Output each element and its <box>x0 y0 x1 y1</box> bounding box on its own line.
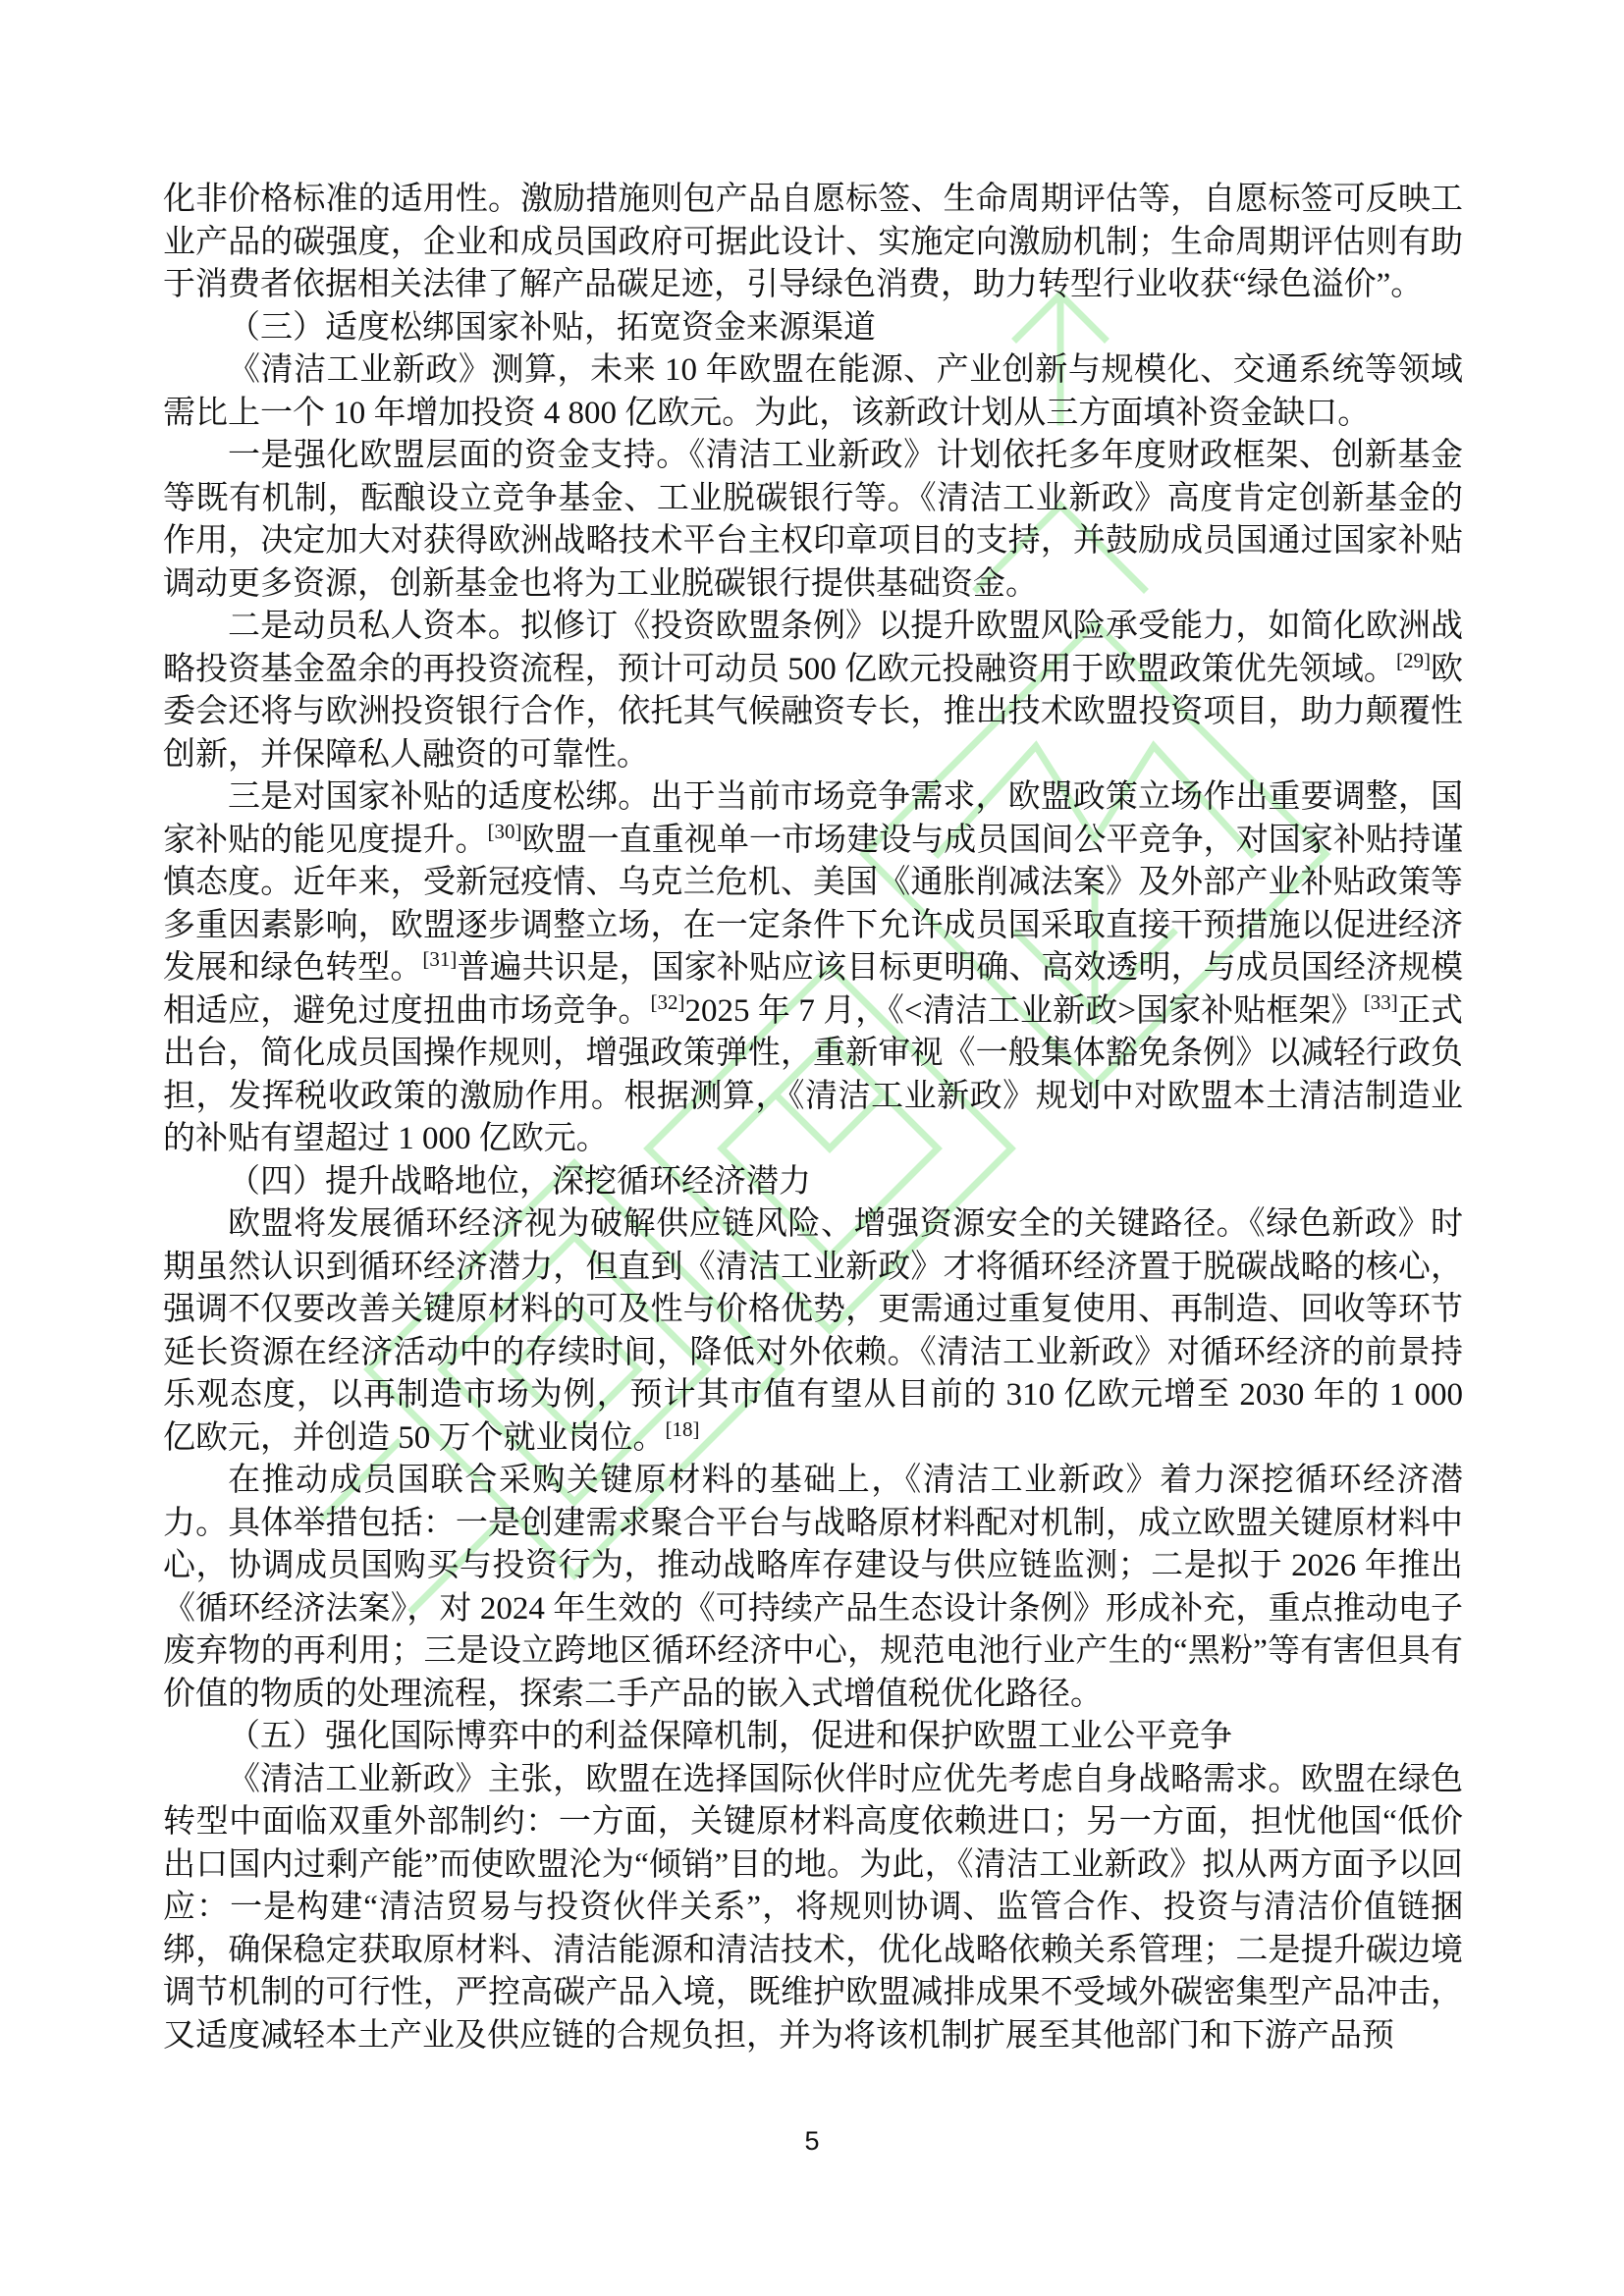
document-page: 化非价格标准的适用性。激励措施则包产品自愿标签、生命周期评估等，自愿标签可反映工… <box>0 0 1624 2296</box>
section-heading-5: （五）强化国际博弈中的利益保障机制，促进和保护欧盟工业公平竞争 <box>163 1716 1463 1759</box>
reference-superscript: [33] <box>1364 990 1398 1014</box>
paragraph: 三是对国家补贴的适度松绑。出于当前市场竞争需求，欧盟政策立场作出重要调整，国家补… <box>163 776 1463 1161</box>
paragraph: 在推动成员国联合采购关键原材料的基础上，《清洁工业新政》着力深挖循环经济潜力。具… <box>163 1460 1463 1716</box>
section-heading-3: （三）适度松绑国家补贴，拓宽资金来源渠道 <box>163 307 1463 350</box>
paragraph: 《清洁工业新政》主张，欧盟在选择国际伙伴时应优先考虑自身战略需求。欧盟在绿色转型… <box>163 1759 1463 2058</box>
reference-superscript: [32] <box>651 990 685 1014</box>
page-number: 5 <box>0 2126 1624 2157</box>
text-body: 化非价格标准的适用性。激励措施则包产品自愿标签、生命周期评估等，自愿标签可反映工… <box>163 179 1463 2057</box>
paragraph: 欧盟将发展循环经济视为破解供应链风险、增强资源安全的关键路径。《绿色新政》时期虽… <box>163 1203 1463 1460</box>
paragraph: 二是动员私人资本。拟修订《投资欧盟条例》以提升欧盟风险承受能力，如简化欧洲战略投… <box>163 606 1463 776</box>
paragraph: 一是强化欧盟层面的资金支持。《清洁工业新政》计划依托多年度财政框架、创新基金等既… <box>163 435 1463 606</box>
reference-superscript: [29] <box>1396 649 1431 672</box>
reference-superscript: [31] <box>422 947 457 971</box>
paragraph-continuation: 化非价格标准的适用性。激励措施则包产品自愿标签、生命周期评估等，自愿标签可反映工… <box>163 179 1463 307</box>
section-heading-4: （四）提升战略地位，深挖循环经济潜力 <box>163 1161 1463 1204</box>
reference-superscript: [18] <box>666 1417 700 1441</box>
reference-superscript: [30] <box>488 820 522 843</box>
paragraph: 《清洁工业新政》测算，未来 10 年欧盟在能源、产业创新与规模化、交通系统等领域… <box>163 349 1463 435</box>
